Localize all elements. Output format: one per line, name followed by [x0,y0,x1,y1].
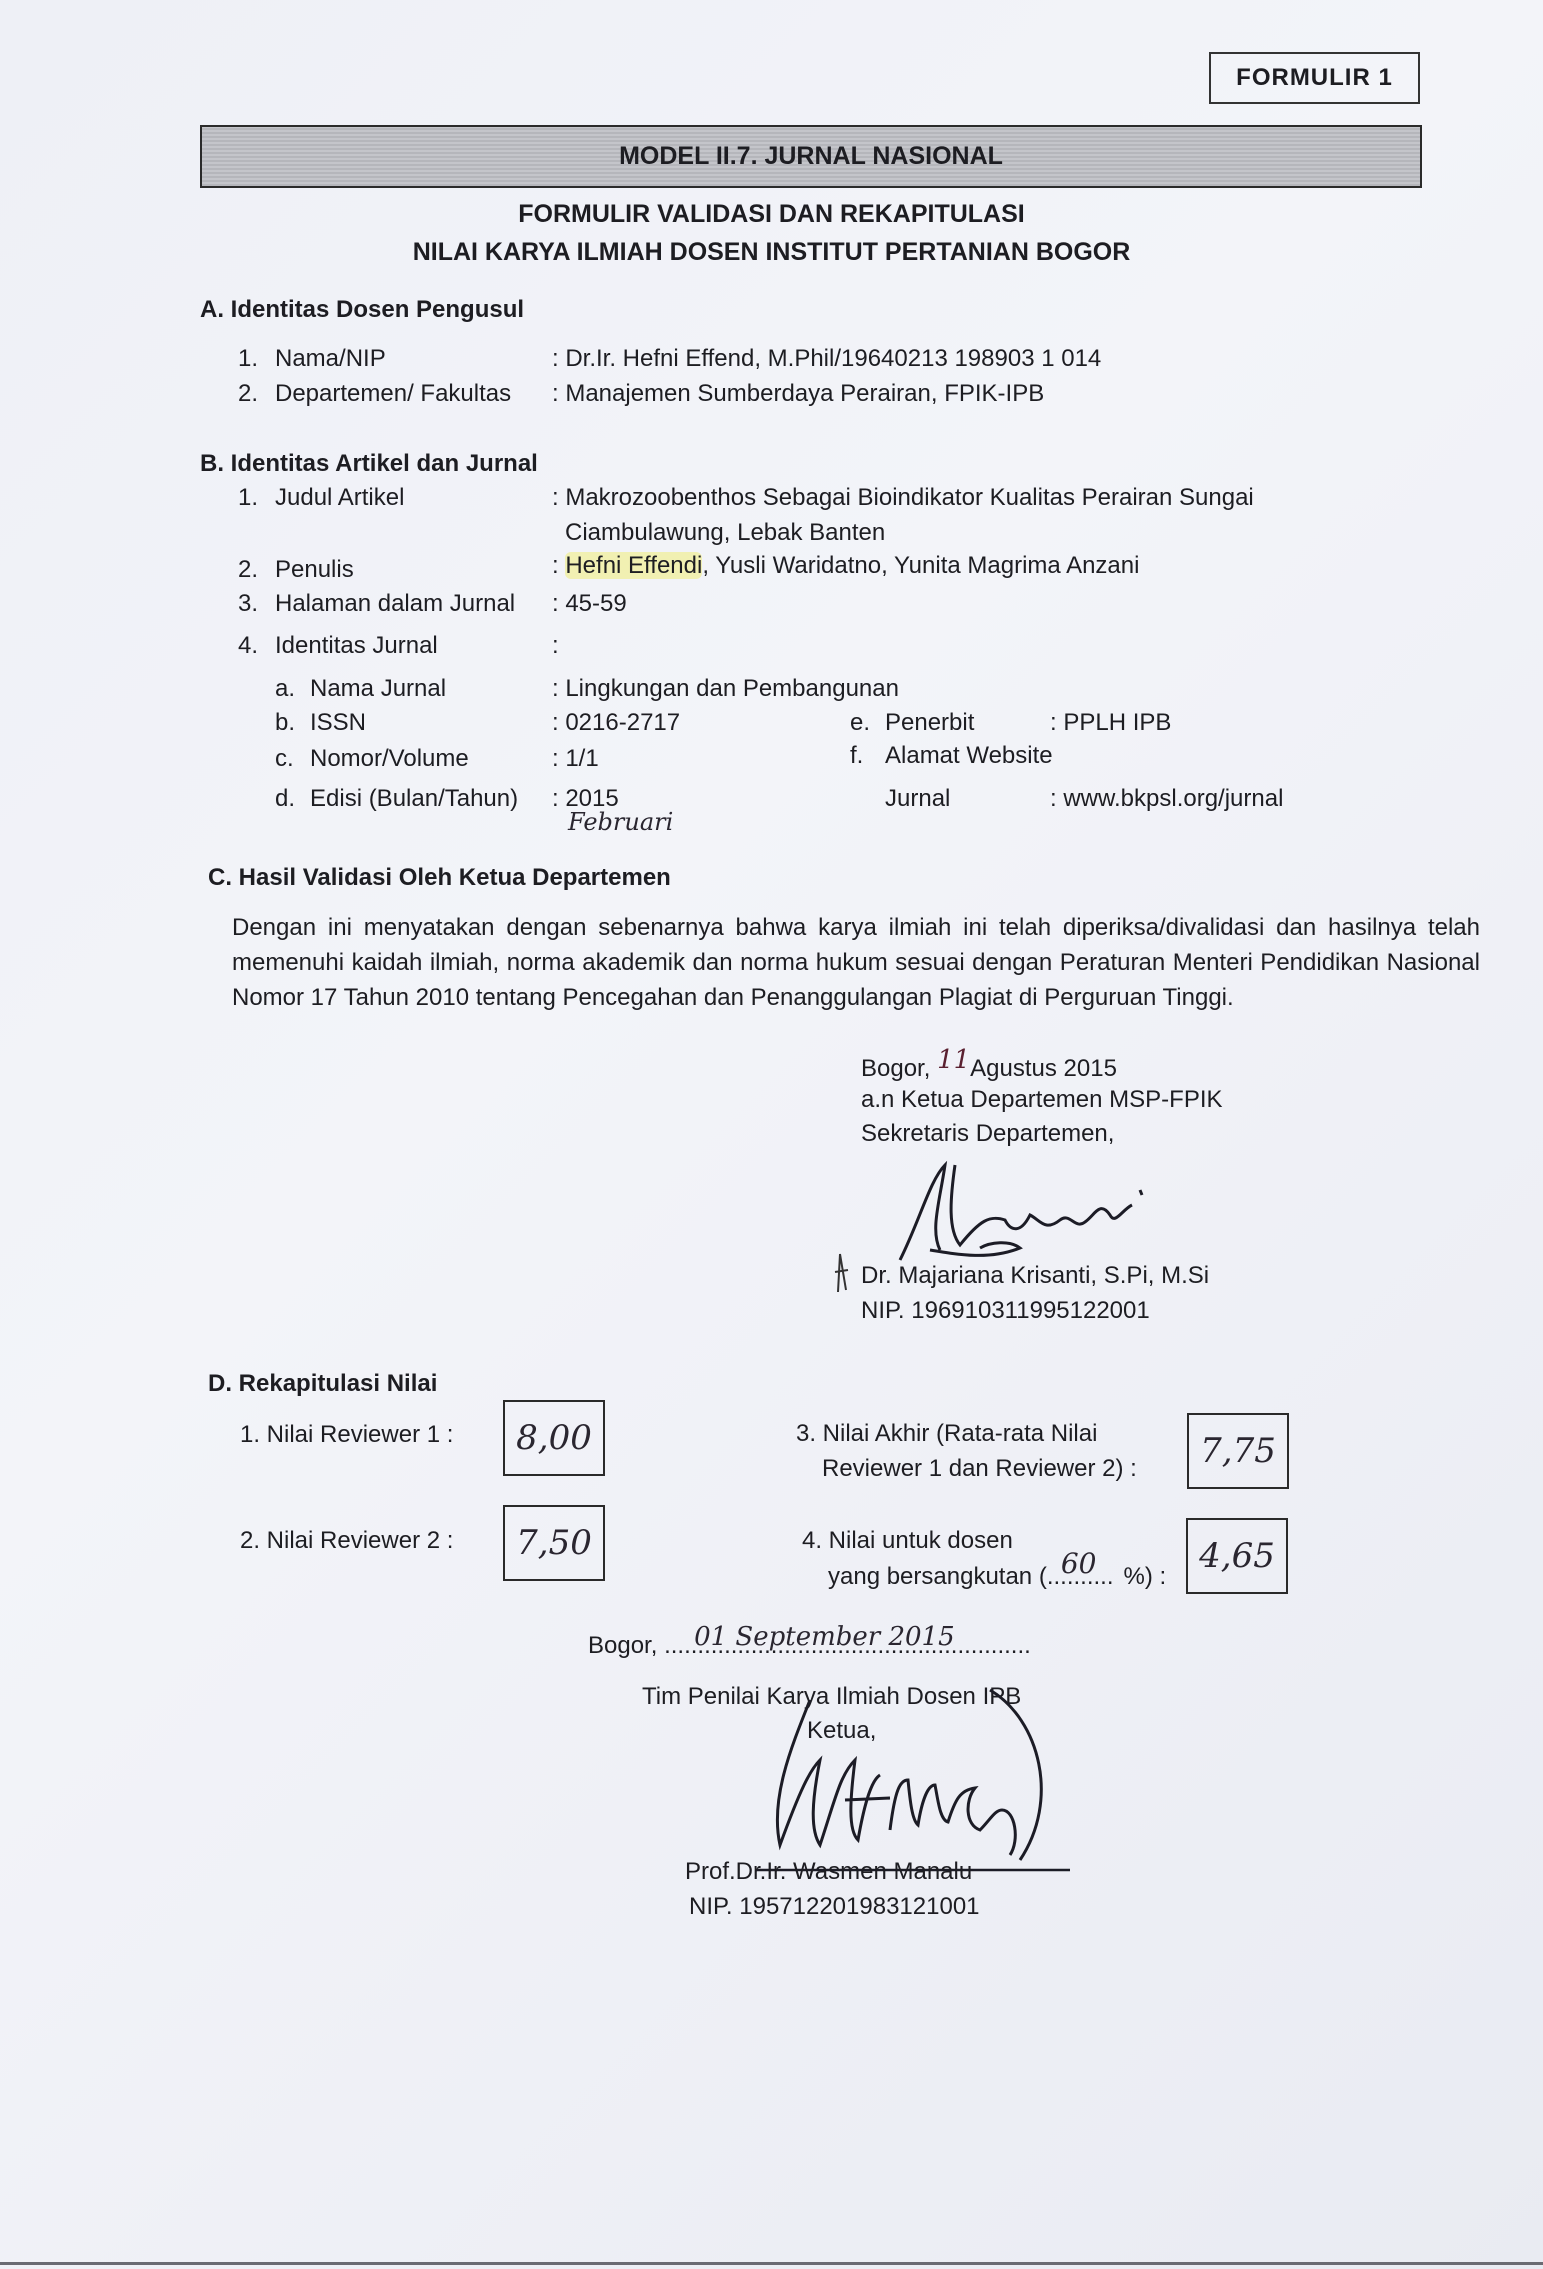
form-number-text: FORMULIR 1 [1236,64,1393,92]
model-title: MODEL II.7. JURNAL NASIONAL [619,142,1003,171]
score-box: 4,65 [1186,1518,1288,1594]
score-label: 1. Nilai Reviewer 1 : [240,1421,453,1449]
validation-date: Bogor, 11Agustus 2015 [861,1053,1117,1083]
item-value: : Makrozoobenthos Sebagai Bioindikator K… [552,484,1254,512]
highlighted-author: Hefni Effendi [565,552,702,579]
item-label: Departemen/ Fakultas [275,380,511,408]
item-label: Nama/NIP [275,345,386,373]
item-label: Judul Artikel [275,484,404,512]
section-b-heading: B. Identitas Artikel dan Jurnal [200,450,538,478]
item-value-continued: Ciambulawung, Lebak Banten [565,519,885,547]
handwritten-date: 01 September 2015 [694,1622,955,1652]
handwritten-day: 11 [937,1045,970,1075]
item-value: : [552,632,559,660]
item-value: : 45-59 [552,590,627,618]
role-line: Sekretaris Departemen, [861,1120,1114,1148]
form-title-line1: FORMULIR VALIDASI DAN REKAPITULASI [0,200,1543,229]
item-label: Halaman dalam Jurnal [275,590,515,618]
secretary-name: Dr. Majariana Krisanti, S.Pi, M.Si [861,1262,1209,1290]
section-c-heading: C. Hasil Validasi Oleh Ketua Departemen [208,864,671,892]
page-bottom-edge [0,2262,1543,2265]
item-value: : Manajemen Sumberdaya Perairan, FPIK-IP… [552,380,1044,408]
committee-date: Bogor, .................................… [588,1632,1084,1660]
item-value: : Dr.Ir. Hefni Effend, M.Phil/19640213 1… [552,345,1101,373]
score-box: 8,00 [503,1400,605,1476]
section-a-heading: A. Identitas Dosen Pengusul [200,296,524,324]
score-box: 7,75 [1187,1413,1289,1489]
item-number: 2. [238,556,258,584]
scanned-page [0,0,1543,2269]
item-number: 1. [238,345,258,373]
chair-name: Prof.Dr.Ir. Wasmen Manalu [685,1858,972,1886]
item-number: 1. [238,484,258,512]
form-title-line2: NILAI KARYA ILMIAH DOSEN INSTITUT PERTAN… [0,238,1543,267]
model-title-bar: MODEL II.7. JURNAL NASIONAL [200,125,1422,188]
handwritten-percent: 60 [1061,1547,1097,1580]
item-label: Identitas Jurnal [275,632,438,660]
secretary-nip: NIP. 196910311995122001 [861,1297,1150,1325]
score-box: 7,50 [503,1505,605,1581]
initial-mark [832,1250,852,1295]
item-number: 4. [238,632,258,660]
on-behalf-line: a.n Ketua Departemen MSP-FPIK [861,1086,1223,1114]
item-value: : Hefni Effendi, Yusli Waridatno, Yunita… [552,552,1139,580]
validation-statement: Dengan ini menyatakan dengan sebenarnya … [232,910,1480,1015]
chair-signature [740,1680,1100,1880]
score-label: 2. Nilai Reviewer 2 : [240,1527,453,1555]
item-number: 2. [238,380,258,408]
item-label: Penulis [275,556,354,584]
item-number: 3. [238,590,258,618]
section-d-heading: D. Rekapitulasi Nilai [208,1370,437,1398]
form-number-badge: FORMULIR 1 [1209,52,1420,104]
handwritten-month: Februari [568,808,673,836]
chair-nip: NIP. 195712201983121001 [689,1893,980,1921]
